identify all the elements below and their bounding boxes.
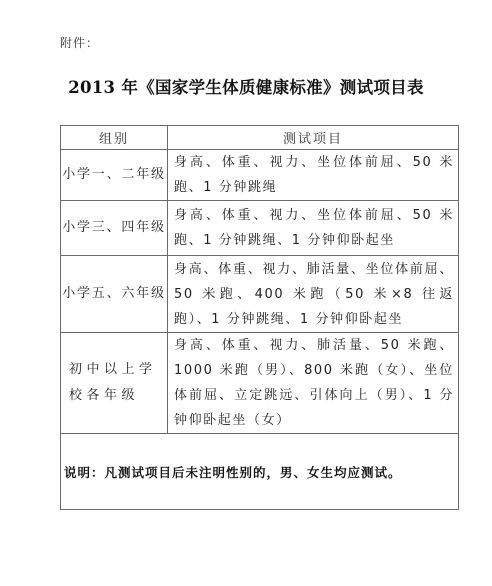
- table-row: 小学一、二年级 身高、体重、视力、坐位体前屈、50 米跑、1 分钟跳绳: [61, 150, 459, 201]
- table-row: 小学三、四年级 身高、体重、视力、坐位体前屈、50 米跑、1 分钟跳绳、1 分钟…: [61, 201, 459, 256]
- group-cell: 初中以上学校各年级: [61, 333, 168, 434]
- document-title: 2013 年《国家学生体质健康标准》测试项目表: [0, 74, 492, 98]
- items-cell: 身高、体重、视力、肺活量、50 米跑、1000 米跑（男）、800 米跑（女）、…: [168, 333, 459, 434]
- test-items-table: 组别 测试项目 小学一、二年级 身高、体重、视力、坐位体前屈、50 米跑、1 分…: [60, 125, 459, 510]
- group-cell: 小学一、二年级: [61, 150, 168, 201]
- items-cell: 身高、体重、视力、坐位体前屈、50 米跑、1 分钟跳绳、1 分钟仰卧起坐: [168, 201, 459, 256]
- table-header-row: 组别 测试项目: [61, 126, 459, 150]
- table-note: 说明：凡测试项目后未注明性别的，男、女生均应测试。: [61, 434, 459, 510]
- group-cell: 小学五、六年级: [61, 256, 168, 333]
- table-row: 小学五、六年级 身高、体重、视力、肺活量、坐位体前屈、50 米跑、400 米跑（…: [61, 256, 459, 333]
- table-row: 初中以上学校各年级 身高、体重、视力、肺活量、50 米跑、1000 米跑（男）、…: [61, 333, 459, 434]
- table-note-row: 说明：凡测试项目后未注明性别的，男、女生均应测试。: [61, 434, 459, 510]
- items-cell: 身高、体重、视力、坐位体前屈、50 米跑、1 分钟跳绳: [168, 150, 459, 201]
- header-group: 组别: [61, 126, 168, 150]
- items-cell: 身高、体重、视力、肺活量、坐位体前屈、50 米跑、400 米跑（50 米×8 往…: [168, 256, 459, 333]
- group-cell: 小学三、四年级: [61, 201, 168, 256]
- attachment-label: 附件：: [60, 34, 99, 51]
- header-items: 测试项目: [168, 126, 459, 150]
